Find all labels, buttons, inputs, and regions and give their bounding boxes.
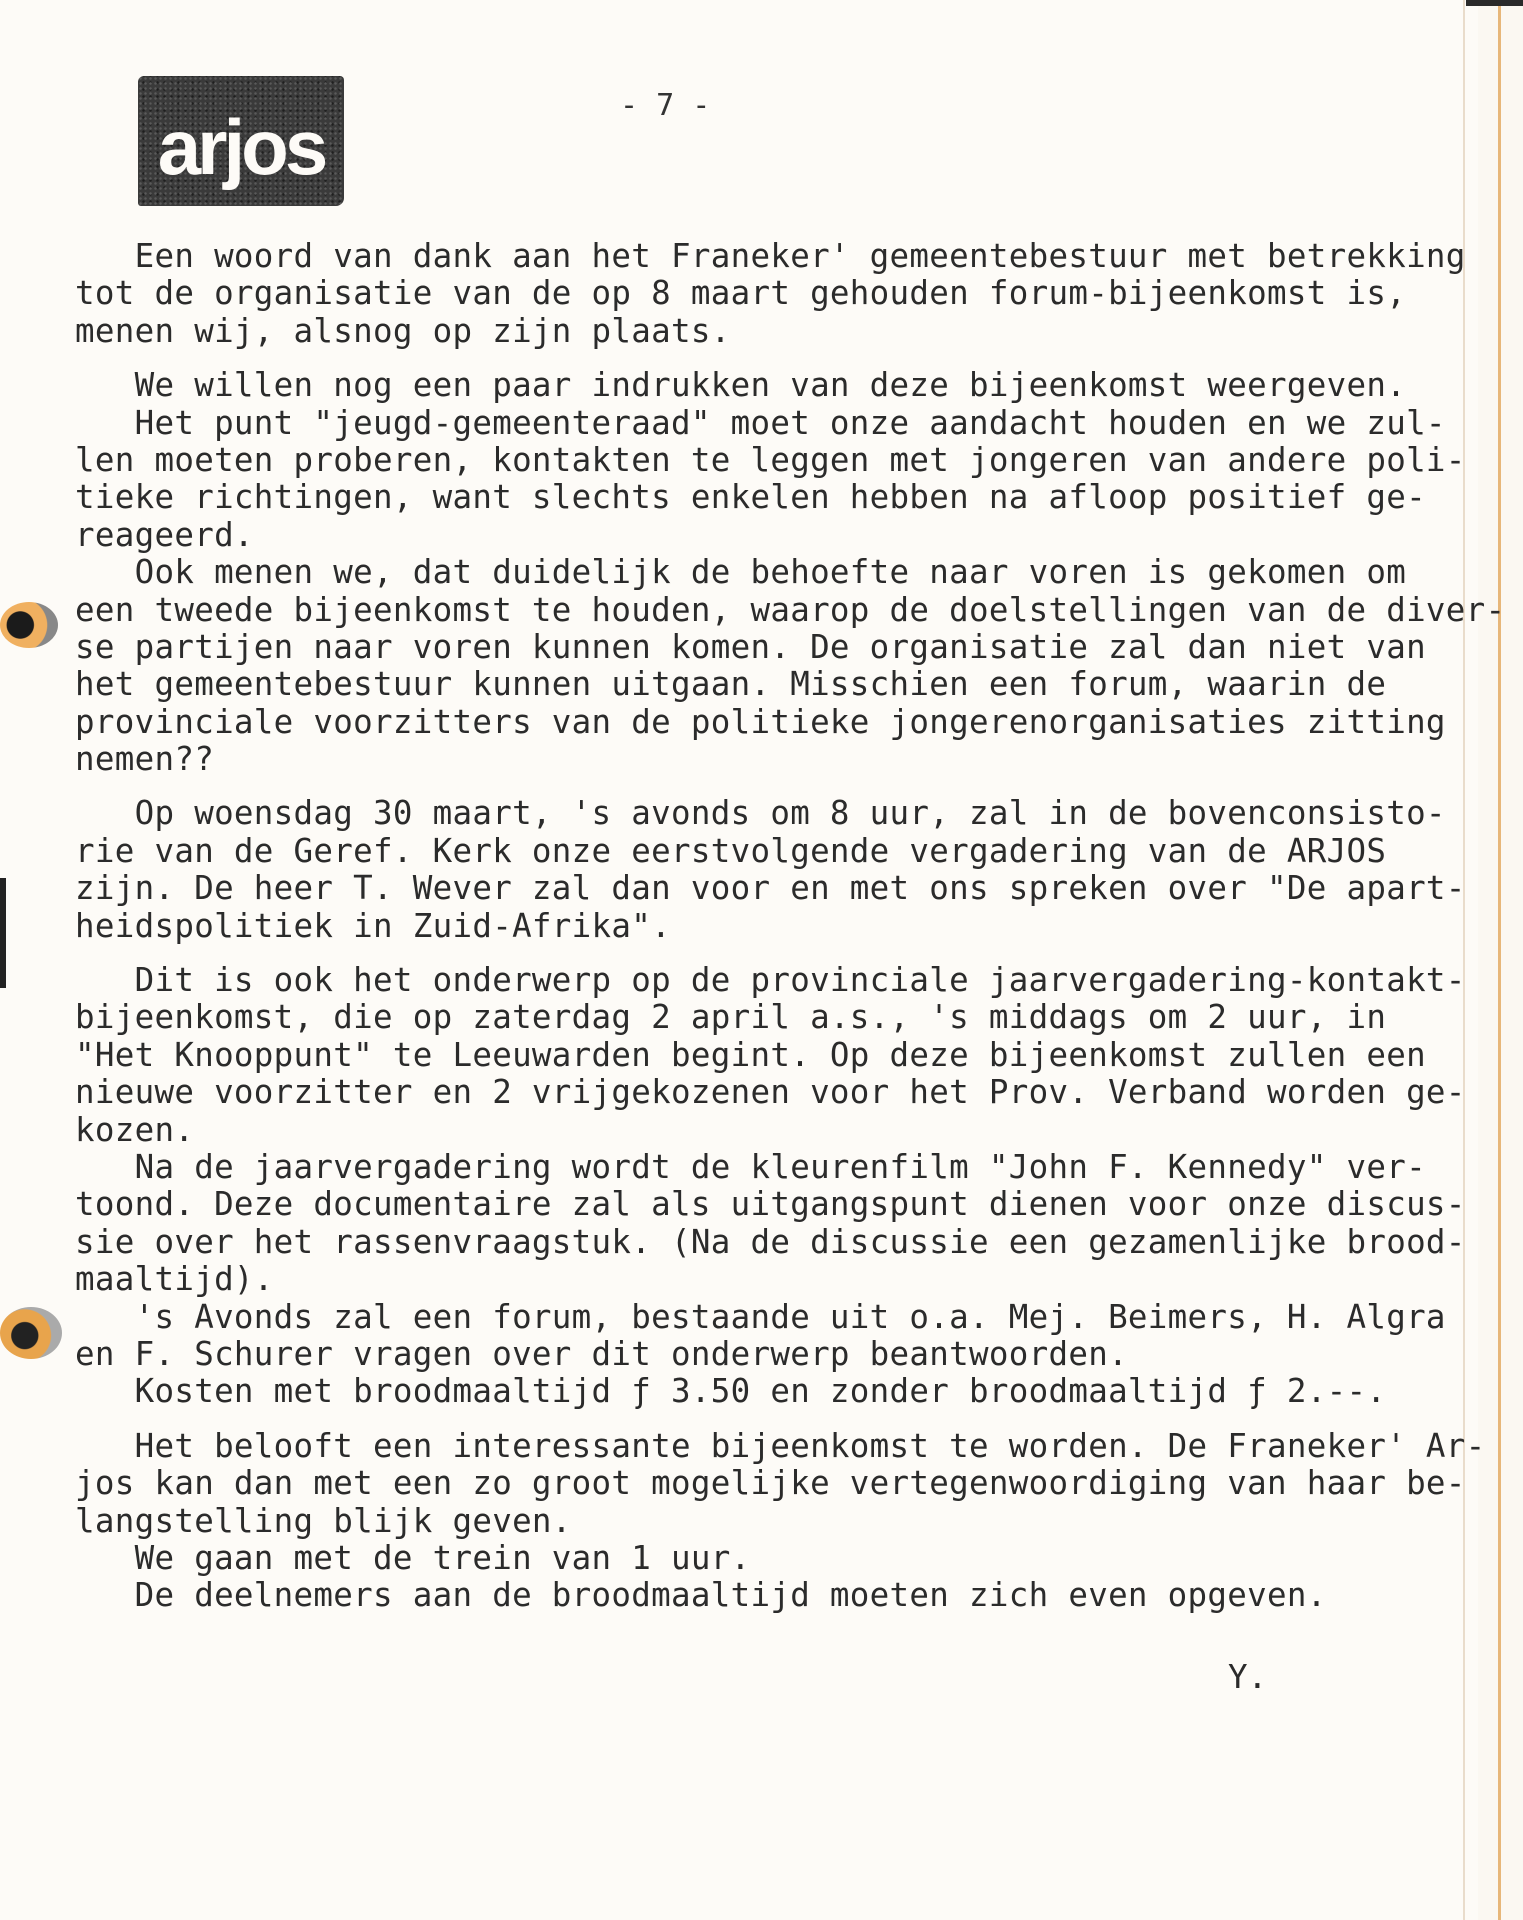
text-line: provinciale voorzitters van de politieke… — [75, 704, 1415, 741]
paragraph-gap — [75, 1411, 1415, 1428]
text-line: Kosten met broodmaaltijd ƒ 3.50 en zonde… — [75, 1373, 1415, 1410]
paragraph-gap — [75, 350, 1415, 367]
text-line: De deelnemers aan de broodmaaltijd moete… — [75, 1577, 1415, 1614]
text-line: nieuwe voorzitter en 2 vrijgekozenen voo… — [75, 1074, 1415, 1111]
punch-hole-icon — [0, 602, 58, 648]
text-line: Een woord van dank aan het Franeker' gem… — [75, 238, 1415, 275]
text-line: Op woensdag 30 maart, 's avonds om 8 uur… — [75, 795, 1415, 832]
text-line: Na de jaarvergadering wordt de kleurenfi… — [75, 1149, 1415, 1186]
text-line: langstelling blijk geven. — [75, 1503, 1415, 1540]
text-line: het gemeentebestuur kunnen uitgaan. Miss… — [75, 666, 1415, 703]
paragraph: Het belooft een interessante bijeenkomst… — [75, 1428, 1415, 1615]
paragraph: Op woensdag 30 maart, 's avonds om 8 uur… — [75, 795, 1415, 945]
text-line: een tweede bijeenkomst te houden, waarop… — [75, 592, 1415, 629]
text-line: 's Avonds zal een forum, bestaande uit o… — [75, 1299, 1415, 1336]
document-body: Een woord van dank aan het Franeker' gem… — [75, 238, 1415, 1615]
text-line: maaltijd). — [75, 1261, 1415, 1298]
text-line: nemen?? — [75, 741, 1415, 778]
text-line: jos kan dan met een zo groot mogelijke v… — [75, 1465, 1415, 1502]
text-line: We gaan met de trein van 1 uur. — [75, 1540, 1415, 1577]
text-line: Ook menen we, dat duidelijk de behoefte … — [75, 554, 1415, 591]
text-line: reageerd. — [75, 517, 1415, 554]
text-line: en F. Schurer vragen over dit onderwerp … — [75, 1336, 1415, 1373]
page-edge — [1463, 0, 1465, 1920]
text-line: tieke richtingen, want slechts enkelen h… — [75, 479, 1415, 516]
paragraph: We willen nog een paar indrukken van dez… — [75, 367, 1415, 778]
text-line: toond. Deze documentaire zal als uitgang… — [75, 1186, 1415, 1223]
page-number: - 7 - — [620, 88, 710, 123]
paragraph-gap — [75, 945, 1415, 962]
text-line: len moeten proberen, kontakten te leggen… — [75, 442, 1415, 479]
binder-clip — [1466, 0, 1523, 6]
text-line: We willen nog een paar indrukken van dez… — [75, 367, 1415, 404]
binding-mark — [0, 878, 6, 988]
text-line: rie van de Geref. Kerk onze eerstvolgend… — [75, 833, 1415, 870]
punch-hole-icon — [0, 1307, 62, 1359]
signature: Y. — [1228, 1658, 1267, 1696]
paragraph: Dit is ook het onderwerp op de provincia… — [75, 962, 1415, 1411]
text-line: menen wij, alsnog op zijn plaats. — [75, 313, 1415, 350]
logo-text: arjos — [138, 108, 344, 186]
paragraph-gap — [75, 778, 1415, 795]
text-line: zijn. De heer T. Wever zal dan voor en m… — [75, 870, 1415, 907]
text-line: Het belooft een interessante bijeenkomst… — [75, 1428, 1415, 1465]
arjos-logo: arjos — [138, 76, 344, 206]
page-edge-colored — [1498, 0, 1501, 1920]
text-line: se partijen naar voren kunnen komen. De … — [75, 629, 1415, 666]
text-line: bijeenkomst, die op zaterdag 2 april a.s… — [75, 999, 1415, 1036]
text-line: tot de organisatie van de op 8 maart geh… — [75, 275, 1415, 312]
text-line: heidspolitiek in Zuid-Afrika". — [75, 908, 1415, 945]
text-line: kozen. — [75, 1112, 1415, 1149]
text-line: Dit is ook het onderwerp op de provincia… — [75, 962, 1415, 999]
document-page: arjos - 7 - Een woord van dank aan het F… — [0, 0, 1478, 1920]
text-line: sie over het rassenvraagstuk. (Na de dis… — [75, 1224, 1415, 1261]
text-line: Het punt "jeugd-gemeenteraad" moet onze … — [75, 405, 1415, 442]
paragraph: Een woord van dank aan het Franeker' gem… — [75, 238, 1415, 350]
text-line: "Het Knooppunt" te Leeuwarden begint. Op… — [75, 1037, 1415, 1074]
